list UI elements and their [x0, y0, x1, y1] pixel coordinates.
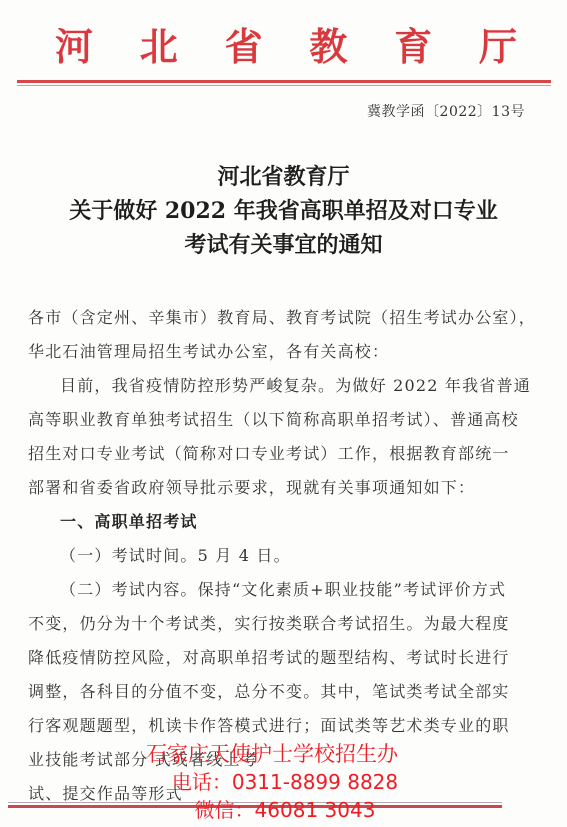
watermark-phone: 电话：0311-8899 8828: [140, 768, 430, 796]
body-line: （一）考试时间。5 月 4 日。: [28, 539, 533, 573]
letterhead-char: 厅: [479, 22, 517, 72]
body-line: 招生对口专业考试（简称对口专业考试）工作，根据教育部统一: [28, 437, 533, 471]
body-line: 不变，仍分为十个考试类，实行按类联合考试招生。为最大程度: [28, 607, 533, 641]
body-line: （二）考试内容。保持“文化素质+职业技能”考试评价方式: [28, 573, 533, 607]
body-line: 调整，各科目的分值不变，总分不变。其中，笔试类考试全部实: [28, 675, 533, 709]
letterhead-char: 河: [55, 22, 93, 72]
heading-title-line-1: 关于做好 2022 年我省高职单招及对口专业: [0, 194, 567, 228]
letterhead-char: 育: [394, 22, 432, 72]
body-line: 各市（含定州、辛集市）教育局、教育考试院（招生考试办公室），: [28, 301, 533, 335]
body-line: 降低疫情防控风险，对高职单招考试的题型结构、考试时长进行: [28, 641, 533, 675]
body-line: 目前，我省疫情防控形势严峻复杂。为做好 2022 年我省普通: [28, 369, 533, 403]
document-body: 各市（含定州、辛集市）教育局、教育考试院（招生考试办公室）， 华北石油管理局招生…: [28, 301, 533, 811]
body-line: 行客观题题型，机读卡作答模式进行；面试类等艺术类专业的职: [28, 709, 533, 743]
heading-issuer: 河北省教育厅: [0, 160, 567, 194]
body-line: 部署和省委省政府领导批示要求，现就有关事项通知如下：: [28, 471, 533, 505]
letterhead-title: 河 北 省 教 育 厅: [0, 22, 567, 72]
heading-title-line-2: 考试有关事宜的通知: [0, 228, 567, 262]
letterhead-char: 省: [225, 22, 263, 72]
letterhead-thin-rule: [17, 85, 551, 86]
document-heading: 河北省教育厅 关于做好 2022 年我省高职单招及对口专业 考试有关事宜的通知: [0, 160, 567, 262]
letterhead-char: 北: [140, 22, 178, 72]
watermark-school: 石家庄天使护士学校招生办: [140, 740, 430, 768]
watermark-wechat: 微信：46081 3043: [140, 796, 430, 824]
watermark-overlay: 石家庄天使护士学校招生办 电话：0311-8899 8828 微信：46081 …: [140, 740, 430, 824]
document-number: 冀教学函〔2022〕13号: [367, 102, 525, 122]
letterhead-red-rule: [17, 80, 551, 83]
body-line: 高等职业教育单独考试招生（以下简称高职单招考试）、普通高校: [28, 403, 533, 437]
document-page: 河 北 省 教 育 厅 冀教学函〔2022〕13号 河北省教育厅 关于做好 20…: [0, 0, 567, 827]
section-heading: 一、高职单招考试: [28, 505, 533, 539]
letterhead-char: 教: [309, 22, 347, 72]
body-line: 华北石油管理局招生考试办公室，各有关高校：: [28, 335, 533, 369]
